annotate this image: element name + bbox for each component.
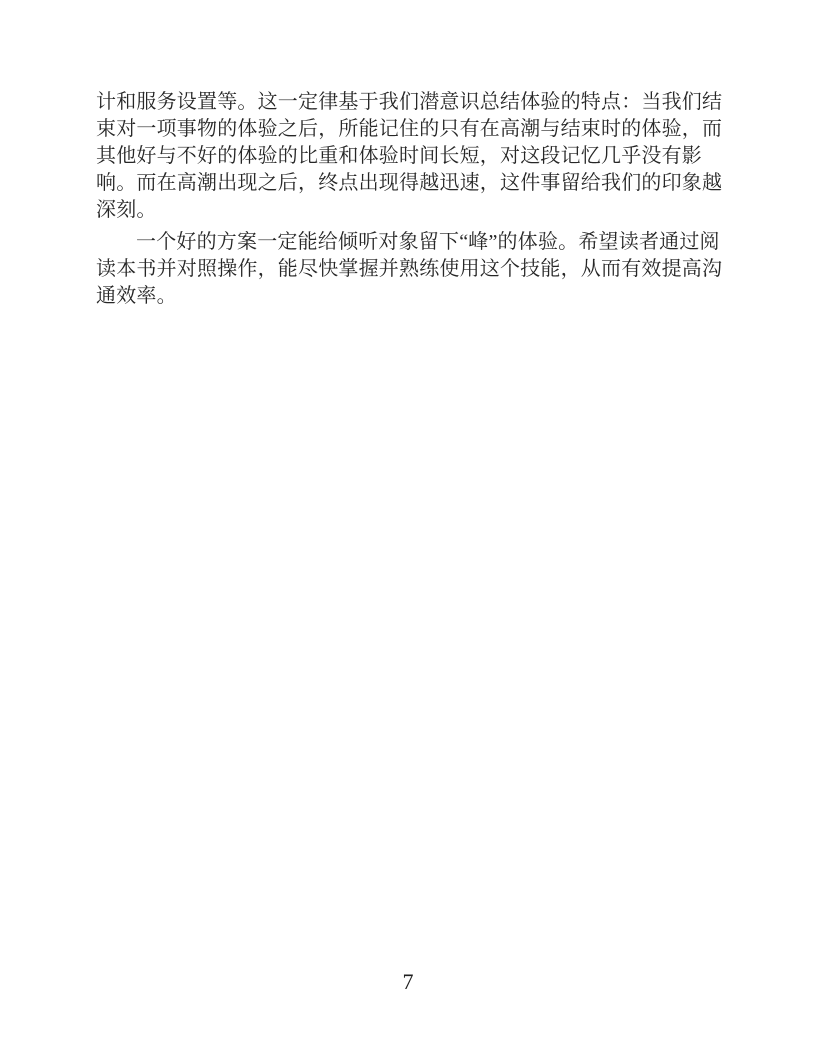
- document-page: 计和服务设置等。这一定律基于我们潜意识总结体验的特点：当我们结 束对一项事物的体…: [0, 0, 816, 1056]
- text-line: 其他好与不好的体验的比重和体验时间长短，对这段记忆几乎没有影: [96, 143, 736, 170]
- page-number: 7: [403, 969, 414, 994]
- text-line: 读本书并对照操作，能尽快掌握并熟练使用这个技能，从而有效提高沟: [96, 256, 736, 283]
- text-line: 计和服务设置等。这一定律基于我们潜意识总结体验的特点：当我们结: [96, 89, 736, 116]
- text-line: 一个好的方案一定能给倾听对象留下“峰”的体验。希望读者通过阅: [96, 229, 736, 256]
- text-line: 深刻。: [96, 197, 736, 224]
- paragraph: 一个好的方案一定能给倾听对象留下“峰”的体验。希望读者通过阅 读本书并对照操作，…: [96, 229, 736, 310]
- text-line: 响。而在高潮出现之后，终点出现得越迅速，这件事留给我们的印象越: [96, 170, 736, 197]
- paragraph: 计和服务设置等。这一定律基于我们潜意识总结体验的特点：当我们结 束对一项事物的体…: [96, 89, 736, 224]
- body-text: 计和服务设置等。这一定律基于我们潜意识总结体验的特点：当我们结 束对一项事物的体…: [96, 89, 736, 310]
- text-line: 通效率。: [96, 283, 736, 310]
- text-line: 束对一项事物的体验之后，所能记住的只有在高潮与结束时的体验，而: [96, 116, 736, 143]
- page-footer: 7: [0, 970, 816, 994]
